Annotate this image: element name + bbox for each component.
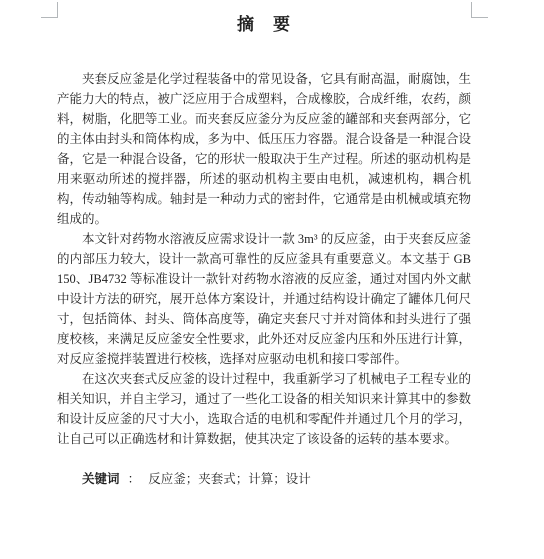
keywords-separator: ：: [128, 472, 141, 486]
abstract-paragraph-2: 本文针对药物水溶液反应需求设计一款 3m³ 的反应釜，由于夹套反应釜的内部压力较…: [57, 229, 471, 369]
margin-corner-mark-top-left-icon: [41, 2, 58, 18]
abstract-content: 摘 要 夹套反应釜是化学过程装备中的常见设备，它具有耐高温，耐腐蚀，生产能力大的…: [57, 13, 471, 489]
abstract-paragraph-3: 在这次夹套式反应釜的设计过程中，我重新学习了机械电子工程专业的相关知识，并自主学…: [57, 369, 471, 449]
keywords-value: 反应釜；夹套式；计算；设计: [148, 472, 311, 486]
abstract-title: 摘 要: [57, 13, 471, 37]
document-page: 摘 要 夹套反应釜是化学过程装备中的常见设备，它具有耐高温，耐腐蚀，生产能力大的…: [0, 0, 544, 559]
keywords-label: 关键词: [82, 472, 120, 486]
margin-corner-mark-top-right-icon: [471, 2, 488, 18]
keywords-line: 关键词 ： 反应釜；夹套式；计算；设计: [57, 469, 471, 489]
abstract-paragraph-1: 夹套反应釜是化学过程装备中的常见设备，它具有耐高温，耐腐蚀，生产能力大的特点，被…: [57, 69, 471, 229]
